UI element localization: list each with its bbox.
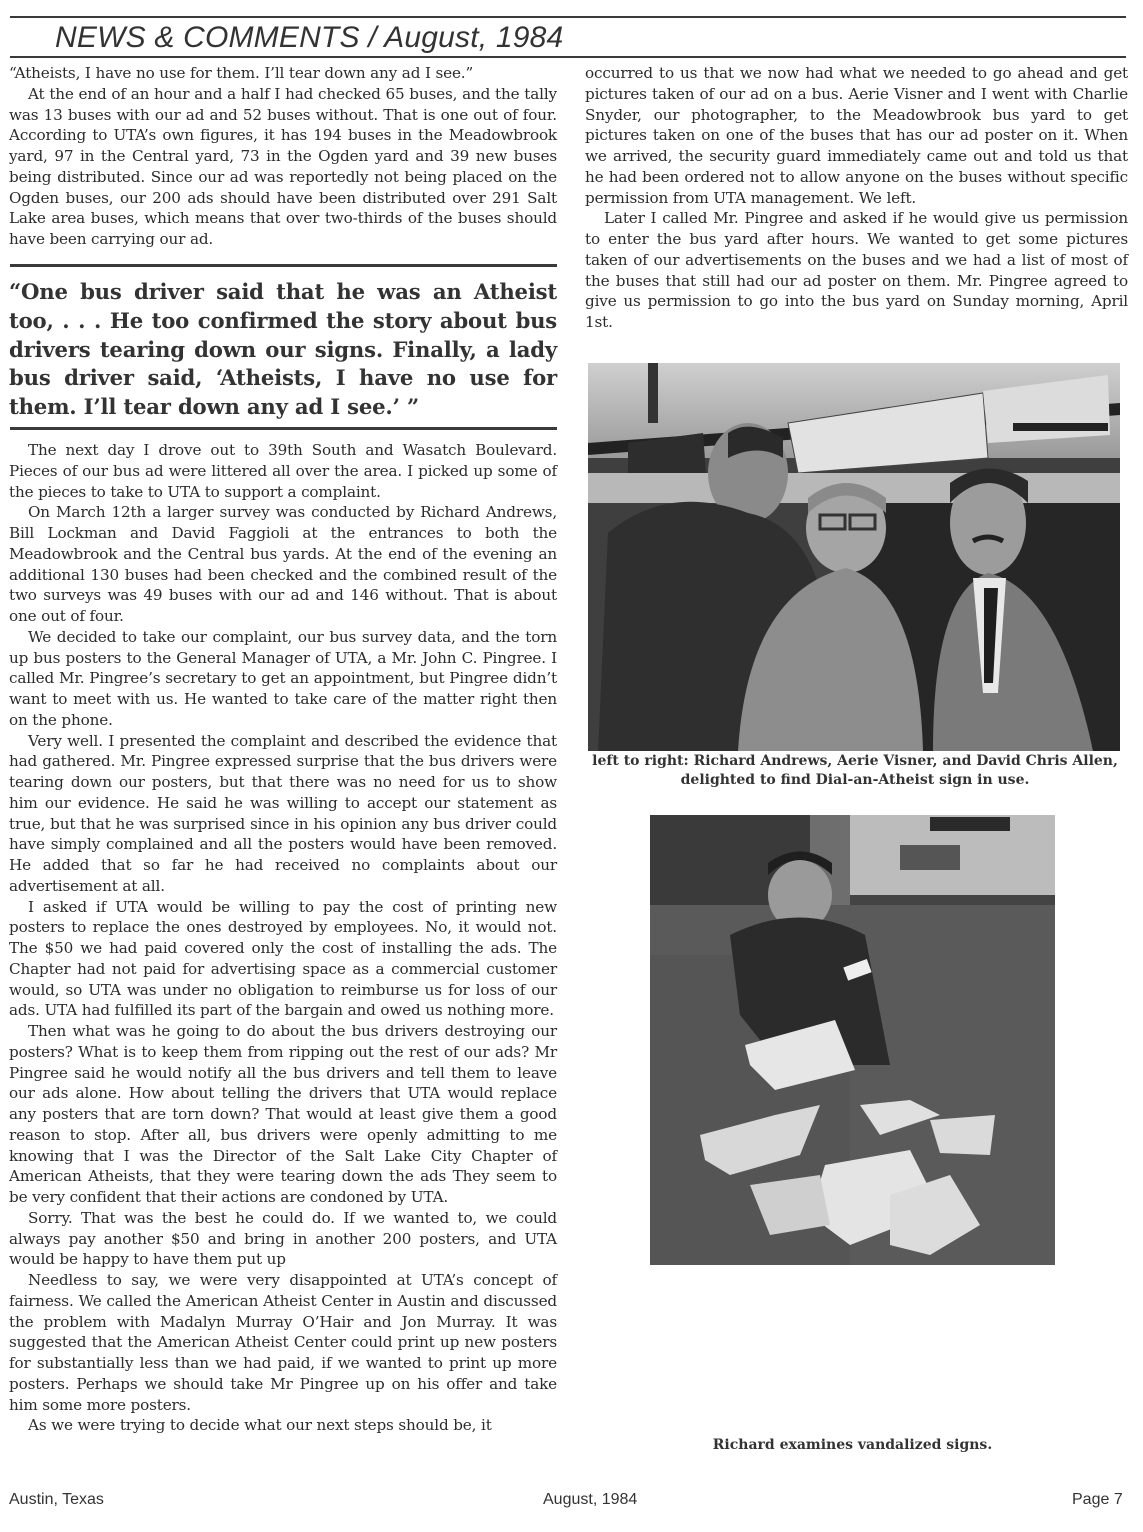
vandalized-signs-photo <box>650 815 1055 1265</box>
footer-page-number: Page 7 <box>1072 1491 1123 1509</box>
photo-caption-vandalized: Richard examines vandalized signs. <box>650 1436 1055 1455</box>
masthead-top-rule <box>10 16 1126 18</box>
photo-caption-group: left to right: Richard Andrews, Aerie Vi… <box>590 752 1120 790</box>
paragraph: We decided to take our complaint, our bu… <box>9 627 557 731</box>
masthead-bottom-rule <box>10 56 1126 58</box>
left-column-bottom: The next day I drove out to 39th South a… <box>9 440 557 1436</box>
paragraph: Then what was he going to do about the b… <box>9 1021 557 1208</box>
paragraph: Sorry. That was the best he could do. If… <box>9 1208 557 1270</box>
footer-location: Austin, Texas <box>9 1491 104 1509</box>
paragraph: At the end of an hour and a half I had c… <box>9 84 557 250</box>
paragraph: I asked if UTA would be willing to pay t… <box>9 897 557 1022</box>
paragraph: The next day I drove out to 39th South a… <box>9 440 557 502</box>
bus-interior-photo-illustration <box>588 363 1120 751</box>
paragraph: occurred to us that we now had what we n… <box>585 63 1128 208</box>
paragraph: Later I called Mr. Pingree and asked if … <box>585 208 1128 333</box>
bus-interior-group-photo <box>588 363 1120 751</box>
paragraph: On March 12th a larger survey was conduc… <box>9 502 557 627</box>
right-column: occurred to us that we now had what we n… <box>585 63 1128 333</box>
paragraph: “Atheists, I have no use for them. I’ll … <box>9 63 557 84</box>
pullquote-top-rule <box>10 264 557 267</box>
masthead-title: NEWS & COMMENTS / August, 1984 <box>55 20 563 56</box>
vandalized-signs-photo-illustration <box>650 815 1055 1265</box>
paragraph: Very well. I presented the complaint and… <box>9 731 557 897</box>
paragraph: As we were trying to decide what our nex… <box>9 1415 557 1436</box>
paragraph: Needless to say, we were very disappoint… <box>9 1270 557 1415</box>
footer-date: August, 1984 <box>543 1491 637 1509</box>
left-column-top: “Atheists, I have no use for them. I’ll … <box>9 63 557 250</box>
pullquote-bottom-rule <box>10 427 557 430</box>
pullquote: “One bus driver said that he was an Athe… <box>9 278 557 422</box>
